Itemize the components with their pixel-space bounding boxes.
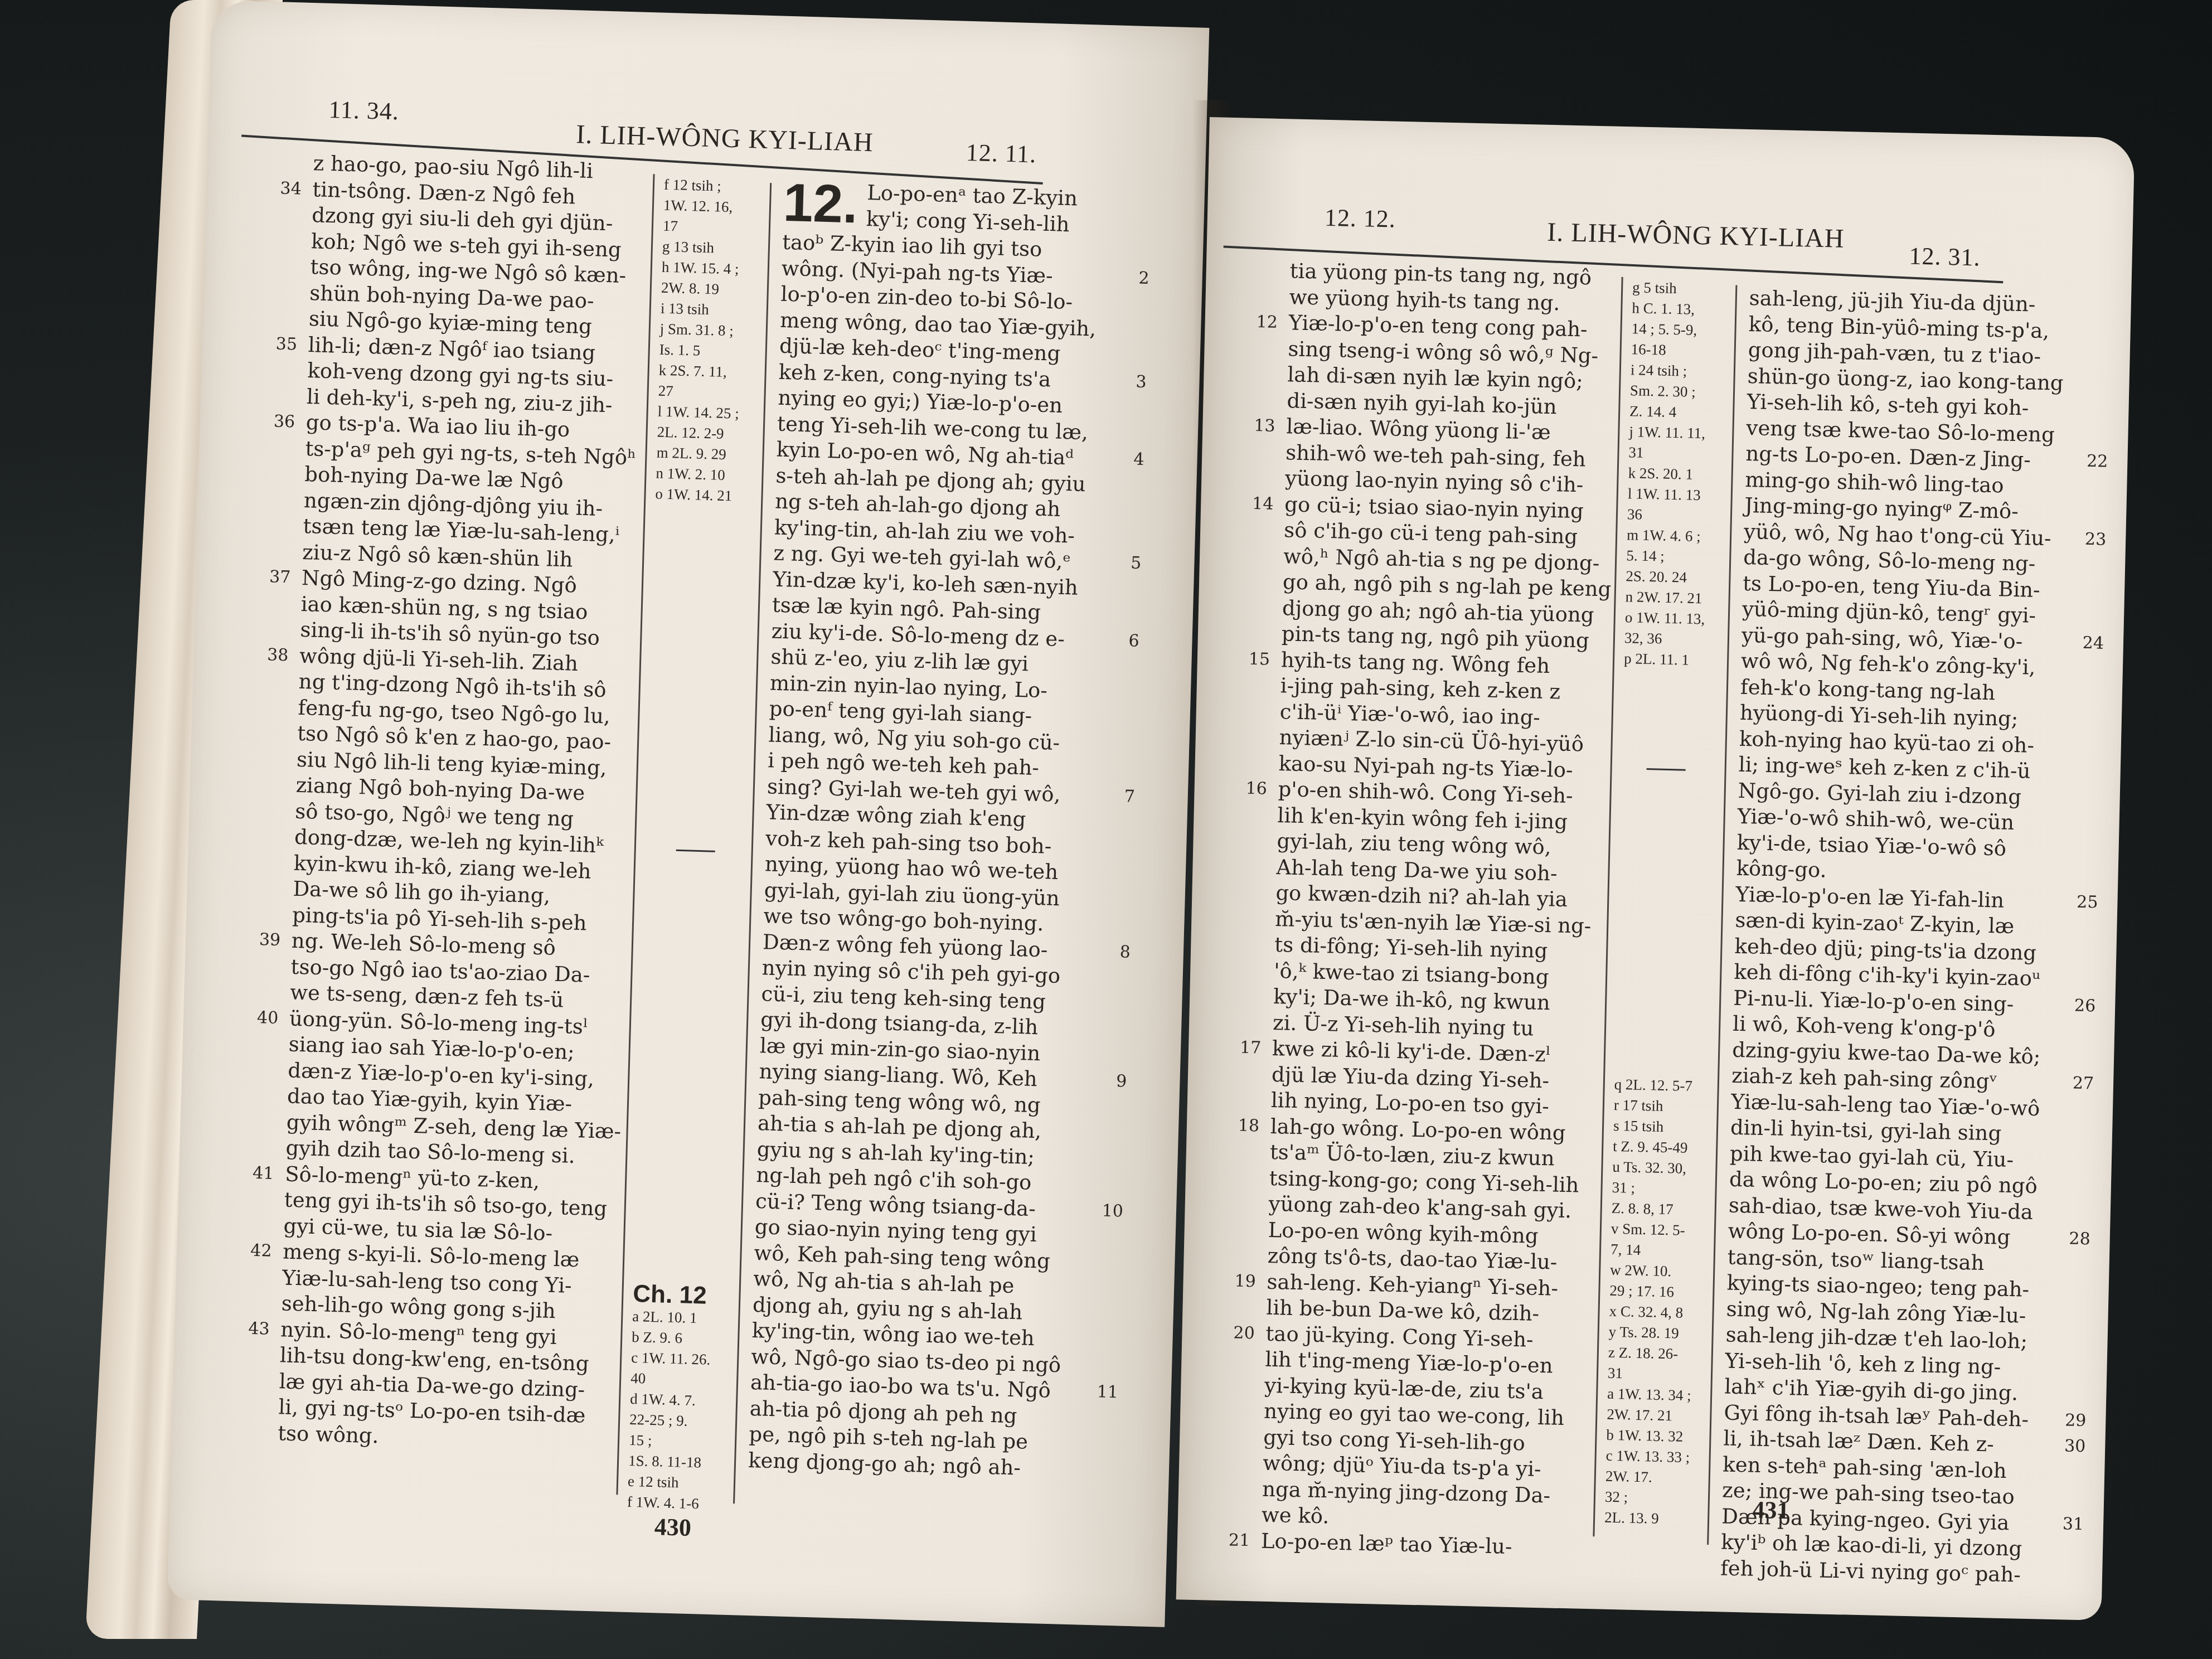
cross-reference: 29 ; 17. 16 — [1609, 1280, 1710, 1303]
cross-reference: p 2L. 11. 1 — [1624, 648, 1725, 671]
left-page-header-reference-end: 12. 11. — [966, 138, 1037, 169]
cross-reference: 1S. 8. 11-18 — [628, 1451, 729, 1474]
verse-number: 11 — [1097, 1379, 1118, 1406]
cross-reference: l 1W. 14. 25 ; — [657, 401, 758, 425]
cross-reference: e 12 tsih — [628, 1471, 729, 1495]
cross-reference: o 1W. 14. 21 — [655, 484, 756, 507]
cross-reference: h C. 1. 13, — [1632, 298, 1733, 321]
verse-number: 39 — [259, 927, 280, 954]
cross-reference: x C. 32. 4, 8 — [1609, 1301, 1710, 1324]
right-page-text-column-1: tia yüong pin-ts tang ng, ngôwe yüong hy… — [1261, 258, 1611, 1561]
cross-reference: j 1W. 11. 11, — [1629, 421, 1730, 444]
right-page-running-title: I. LIH-WÔNG KYI-LIAH — [1547, 217, 1845, 254]
verse-number: 7 — [1124, 784, 1135, 810]
cross-reference: q 2L. 12. 5-7 — [1614, 1074, 1715, 1097]
verse-number: 8 — [1119, 939, 1131, 966]
verse-number: 28 — [2069, 1226, 2090, 1252]
verse-number: 30 — [2064, 1433, 2086, 1459]
verse-number: 6 — [1128, 628, 1139, 654]
verse-number: 19 — [1234, 1268, 1256, 1294]
verse-number: 37 — [269, 564, 290, 591]
right-page-header-reference-end: 12. 31. — [1909, 242, 1981, 272]
verse-number: 2 — [1138, 265, 1149, 292]
verse-number: 43 — [248, 1316, 270, 1342]
verse-number: 10 — [1102, 1198, 1123, 1225]
cross-reference: j Sm. 31. 8 ; — [659, 319, 760, 342]
verse-number: 31 — [2062, 1511, 2084, 1537]
cross-reference: 2L. 13. 9 — [1604, 1507, 1705, 1530]
verse-number: 14 — [1252, 491, 1274, 517]
cross-reference: 16-18 — [1631, 339, 1731, 362]
verse-number: 9 — [1116, 1069, 1127, 1095]
verse-number: 40 — [256, 1005, 278, 1031]
cross-reference: a 1W. 13. 34 ; — [1607, 1384, 1708, 1406]
cross-reference: 17 — [662, 216, 763, 239]
verse-number: 38 — [267, 642, 289, 669]
verse-number: 27 — [2072, 1071, 2094, 1097]
cross-reference: s 15 tsih — [1613, 1115, 1714, 1138]
left-page-text-column-1: z hao-go, pao-siu Ngô lih-litin-tsông. D… — [278, 151, 643, 1456]
verse-number: 4 — [1133, 447, 1144, 473]
cross-reference: 1W. 12. 16, — [663, 195, 764, 219]
cross-reference: t Z. 9. 45-49 — [1613, 1136, 1714, 1159]
cross-reference: Sm. 2. 30 ; — [1630, 380, 1731, 403]
right-page-number: 431 — [1752, 1496, 1789, 1525]
cross-reference: 31 — [1608, 1363, 1709, 1386]
cross-reference: f 1W. 4. 1-6 — [627, 1492, 728, 1515]
verse-number: 41 — [253, 1160, 274, 1187]
cross-reference: 5. 14 ; — [1626, 545, 1727, 568]
cross-reference: 2L. 12. 2-9 — [657, 422, 758, 445]
reference-separator — [1647, 768, 1686, 771]
verse-number: 34 — [280, 176, 302, 202]
cross-reference: 2W. 17. — [1605, 1466, 1706, 1489]
verse-number: 18 — [1238, 1113, 1259, 1139]
cross-reference: h 1W. 15. 4 ; — [661, 257, 762, 280]
cross-reference: Z. 8. 8, 17 — [1611, 1198, 1712, 1221]
verse-number: 16 — [1245, 776, 1267, 802]
verse-number: 26 — [2074, 993, 2096, 1019]
cross-reference: 32 ; — [1605, 1487, 1706, 1510]
cross-reference: c 1W. 11. 26. — [631, 1347, 732, 1371]
verse-number: 36 — [273, 409, 295, 435]
cross-reference: f 12 tsih ; — [664, 174, 765, 198]
cross-reference: Z. 14. 4 — [1629, 401, 1730, 424]
cross-reference: 36 — [1627, 504, 1728, 527]
cross-reference: 40 — [630, 1368, 731, 1391]
cross-reference: b Z. 9. 6 — [632, 1327, 733, 1350]
verse-number: 23 — [2085, 526, 2107, 552]
left-page-header-reference: 11. 34. — [328, 95, 400, 126]
verse-number: 22 — [2087, 449, 2108, 475]
cross-reference: 32, 36 — [1624, 628, 1725, 651]
cross-reference: 15 ; — [629, 1430, 730, 1453]
left-cross-references-bottom: Ch. 12 a 2L. 10. 1b Z. 9. 6c 1W. 11. 26.… — [627, 1283, 734, 1515]
cross-reference: m 2L. 9. 29 — [656, 443, 757, 466]
right-page-header-reference: 12. 12. — [1324, 203, 1396, 234]
cross-reference: 2S. 20. 24 — [1626, 566, 1726, 589]
cross-reference: y Ts. 28. 19 — [1608, 1322, 1709, 1345]
cross-reference: c 1W. 13. 33 ; — [1605, 1445, 1706, 1468]
cross-reference: i 13 tsih — [660, 298, 761, 322]
cross-reference: 7, 14 — [1611, 1239, 1711, 1262]
verse-number: 24 — [2082, 630, 2104, 656]
cross-reference: i 24 tsih ; — [1630, 360, 1731, 382]
verse-number: 15 — [1248, 646, 1270, 672]
left-cross-references-top: f 12 tsih ; 1W. 12. 16, 17g 13 tsihh 1W.… — [655, 174, 764, 507]
cross-reference: 31 ; — [1612, 1177, 1713, 1200]
cross-reference: 31 — [1628, 442, 1729, 465]
cross-reference: 27 — [658, 381, 759, 404]
cross-reference: 14 ; 5. 5-9, — [1631, 318, 1732, 341]
cross-reference: r 17 tsih — [1614, 1095, 1715, 1118]
cross-reference: v Sm. 12. 5- — [1611, 1219, 1712, 1241]
cross-reference: b 1W. 13. 32 — [1606, 1425, 1707, 1448]
verse-number: 3 — [1136, 369, 1147, 395]
verse-number: 42 — [250, 1238, 272, 1265]
cross-reference: n 1W. 2. 10 — [656, 463, 756, 487]
reference-separator — [676, 850, 715, 852]
chapter-reference-heading: Ch. 12 — [633, 1283, 734, 1307]
verse-number: 5 — [1131, 550, 1142, 576]
left-page-number: 430 — [654, 1512, 691, 1542]
verse-number: 20 — [1233, 1320, 1255, 1346]
verse-number: 25 — [2077, 889, 2098, 915]
left-page-text-column-2: 12.Lo-po-enᵃ tao Z-kyinky'i; cong Yi-seh… — [748, 178, 1119, 1483]
right-page-text-column-2: sah-leng, jü-jih Yiu-da djün-kô, teng Bi… — [1720, 285, 2079, 1589]
verse-number: 17 — [1240, 1035, 1262, 1061]
verse-number: 13 — [1254, 413, 1275, 439]
cross-reference: a 2L. 10. 1 — [632, 1306, 733, 1330]
cross-reference: k 2S. 7. 11, — [658, 360, 759, 384]
cross-reference: 22-25 ; 9. — [629, 1409, 730, 1433]
cross-reference: m 1W. 4. 6 ; — [1627, 525, 1728, 547]
verse-number: 12 — [1256, 309, 1278, 336]
cross-reference: o 1W. 11. 13, — [1624, 607, 1725, 630]
cross-reference: Is. 1. 5 — [659, 339, 760, 363]
left-page: 11. 34. I. LIH-WÔNG KYI-LIAH 12. 11. z h… — [167, 0, 1209, 1627]
right-page: 12. 12. I. LIH-WÔNG KYI-LIAH 12. 31. tia… — [1176, 117, 2135, 1621]
cross-reference: l 1W. 11. 13 — [1627, 483, 1728, 506]
right-cross-references-bottom: q 2L. 12. 5-7r 17 tsihs 15 tsiht Z. 9. 4… — [1604, 1074, 1715, 1530]
cross-reference: d 1W. 4. 7. — [630, 1389, 731, 1412]
verse-number: 35 — [275, 331, 297, 358]
cross-reference: n 2W. 17. 21 — [1625, 586, 1726, 609]
left-page-running-title: I. LIH-WÔNG KYI-LIAH — [576, 119, 874, 158]
cross-reference: g 5 tsih — [1632, 277, 1733, 300]
cross-reference: w 2W. 10. — [1610, 1260, 1711, 1283]
right-cross-references-top: g 5 tsihh C. 1. 13, 14 ; 5. 5-9, 16-18i … — [1624, 277, 1733, 671]
cross-reference: 2W. 17. 21 — [1607, 1404, 1707, 1427]
cross-reference: g 13 tsih — [662, 236, 763, 260]
verse-number: 29 — [2065, 1408, 2087, 1434]
cross-reference: k 2S. 20. 1 — [1628, 463, 1729, 486]
cross-reference: z Z. 18. 26- — [1608, 1342, 1709, 1365]
cross-reference: u Ts. 32. 30, — [1612, 1157, 1713, 1180]
verse-number: 21 — [1229, 1527, 1250, 1554]
cross-reference: 2W. 8. 19 — [661, 278, 761, 301]
